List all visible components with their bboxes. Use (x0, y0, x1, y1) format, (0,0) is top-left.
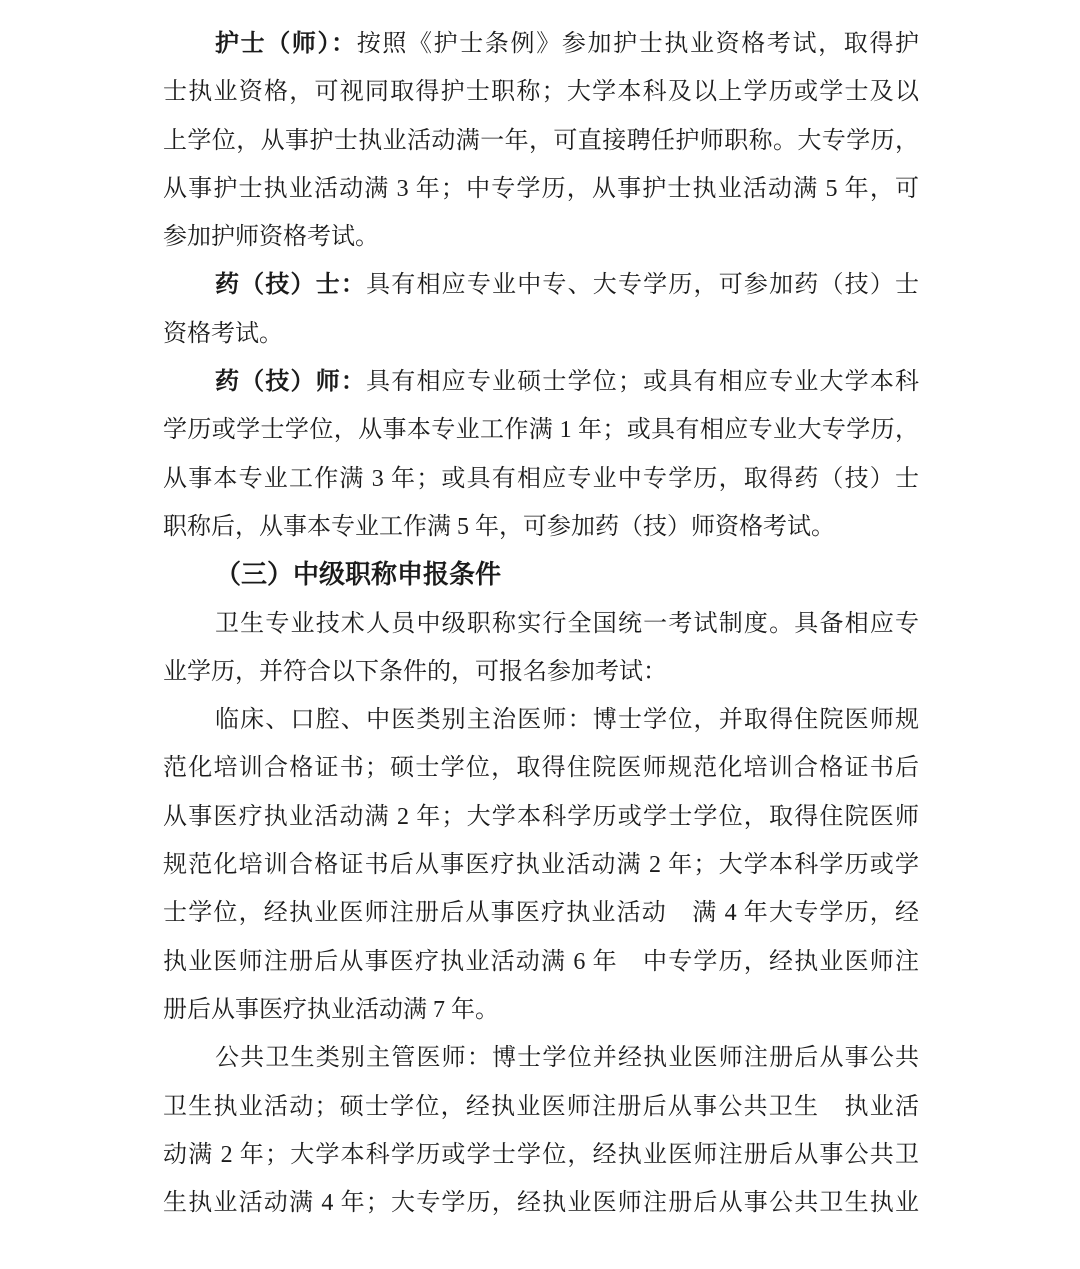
text-line: 药（技）士：具有相应专业中专、大专学历，可参加药（技）士 (163, 261, 919, 309)
paragraph-lead: 护士（师）： (215, 31, 357, 57)
text-line: 学历或学士学位，从事本专业工作满 1 年；或具有相应专业大专学历， (163, 406, 919, 454)
text-line: 动满 2 年；大学本科学历或学士学位，经执业医师注册后从事公共卫 (163, 1131, 919, 1179)
text-line: 从事本专业工作满 3 年；或具有相应专业中专学历，取得药（技）士 (163, 455, 919, 503)
text-line: 卫生执业活动；硕士学位，经执业医师注册后从事公共卫生 执业活 (163, 1083, 919, 1131)
text-line: 护士（师）：按照《护士条例》参加护士执业资格考试，取得护 (163, 20, 919, 68)
text-line: 资格考试。 (163, 310, 919, 358)
text-line: 士学位，经执业医师注册后从事医疗执业活动 满 4 年大专学历，经 (163, 889, 919, 937)
text-line: 临床、口腔、中医类别主治医师：博士学位，并取得住院医师规 (163, 696, 919, 744)
text-line: 参加护师资格考试。 (163, 213, 919, 261)
text-line: 上学位，从事护士执业活动满一年，可直接聘任护师职称。大专学历， (163, 117, 919, 165)
text-line: 卫生专业技术人员中级职称实行全国统一考试制度。具备相应专 (163, 600, 919, 648)
text-line: 业学历，并符合以下条件的，可报名参加考试： (163, 648, 919, 696)
document-page: 护士（师）：按照《护士条例》参加护士执业资格考试，取得护士执业资格，可视同取得护… (0, 0, 1080, 1269)
text-line: 生执业活动满 4 年；大专学历，经执业医师注册后从事公共卫生执业 (163, 1179, 919, 1227)
text-line: 规范化培训合格证书后从事医疗执业活动满 2 年；大学本科学历或学 (163, 841, 919, 889)
section-heading-line: （三）中级职称申报条件 (163, 551, 919, 599)
paragraph-lead: 药（技）师： (215, 369, 366, 395)
text-line: 职称后，从事本专业工作满 5 年，可参加药（技）师资格考试。 (163, 503, 919, 551)
text-line: 执业医师注册后从事医疗执业活动满 6 年 中专学历，经执业医师注 (163, 938, 919, 986)
text-line: 范化培训合格证书；硕士学位，取得住院医师规范化培训合格证书后 (163, 744, 919, 792)
text-line: 从事护士执业活动满 3 年；中专学历，从事护士执业活动满 5 年，可 (163, 165, 919, 213)
text-line: 士执业资格，可视同取得护士职称；大学本科及以上学历或学士及以 (163, 68, 919, 116)
text-line: 从事医疗执业活动满 2 年；大学本科学历或学士学位，取得住院医师 (163, 793, 919, 841)
text-line: 药（技）师：具有相应专业硕士学位；或具有相应专业大学本科 (163, 358, 919, 406)
text-line: 公共卫生类别主管医师：博士学位并经执业医师注册后从事公共 (163, 1034, 919, 1082)
document-text-block: 护士（师）：按照《护士条例》参加护士执业资格考试，取得护士执业资格，可视同取得护… (163, 20, 919, 1227)
text-line: 册后从事医疗执业活动满 7 年。 (163, 986, 919, 1034)
paragraph-lead: 药（技）士： (215, 272, 366, 298)
